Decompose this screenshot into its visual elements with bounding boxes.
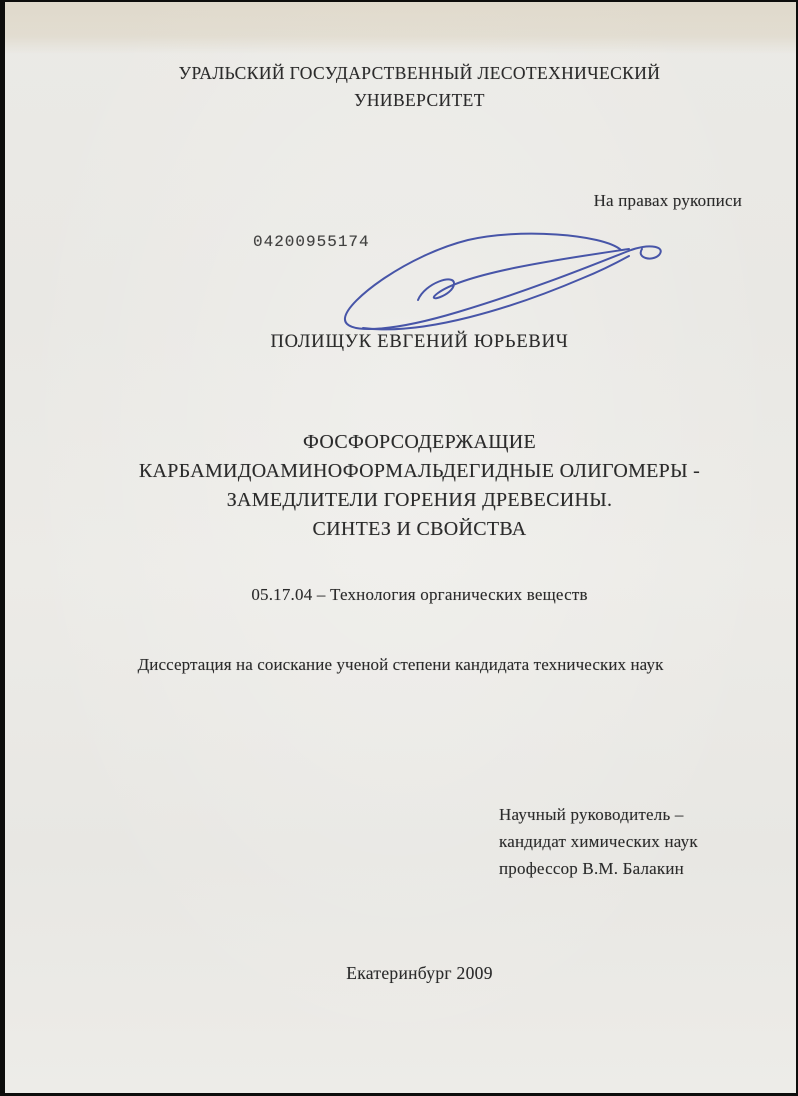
- supervisor-line1: Научный руководитель –: [499, 801, 698, 828]
- university-name: УРАЛЬСКИЙ ГОСУДАРСТВЕННЫЙ ЛЕСОТЕХНИЧЕСКИ…: [43, 60, 796, 114]
- degree-statement: Диссертация на соискание ученой степени …: [5, 655, 796, 675]
- dissertation-title-line3: ЗАМЕДЛИТЕЛИ ГОРЕНИЯ ДРЕВЕСИНЫ.: [43, 486, 796, 515]
- author-name: ПОЛИЩУК ЕВГЕНИЙ ЮРЬЕВИЧ: [43, 332, 796, 353]
- manuscript-note: На правах рукописи: [594, 191, 742, 211]
- scanned-title-page: { "document": { "university": { "line1":…: [0, 0, 798, 1096]
- specialty-code: 05.17.04 – Технология органических вещес…: [43, 585, 796, 605]
- dissertation-title-line1: ФОСФОРСОДЕРЖАЩИЕ: [43, 428, 796, 457]
- handwritten-signature-icon: [333, 220, 673, 335]
- supervisor-line2: кандидат химических наук: [499, 828, 698, 855]
- dissertation-title-line2: КАРБАМИДОАМИНОФОРМАЛЬДЕГИДНЫЕ ОЛИГОМЕРЫ …: [43, 457, 796, 486]
- university-name-line2: УНИВЕРСИТЕТ: [43, 87, 796, 114]
- page: УРАЛЬСКИЙ ГОСУДАРСТВЕННЫЙ ЛЕСОТЕХНИЧЕСКИ…: [5, 2, 796, 1093]
- supervisor-info: Научный руководитель – кандидат химическ…: [499, 801, 698, 882]
- city-year: Екатеринбург 2009: [43, 963, 796, 984]
- dissertation-title-line4: СИНТЕЗ И СВОЙСТВА: [43, 515, 796, 544]
- supervisor-line3: профессор В.М. Балакин: [499, 855, 698, 882]
- university-name-line1: УРАЛЬСКИЙ ГОСУДАРСТВЕННЫЙ ЛЕСОТЕХНИЧЕСКИ…: [43, 60, 796, 87]
- dissertation-title: ФОСФОРСОДЕРЖАЩИЕ КАРБАМИДОАМИНОФОРМАЛЬДЕ…: [43, 428, 796, 544]
